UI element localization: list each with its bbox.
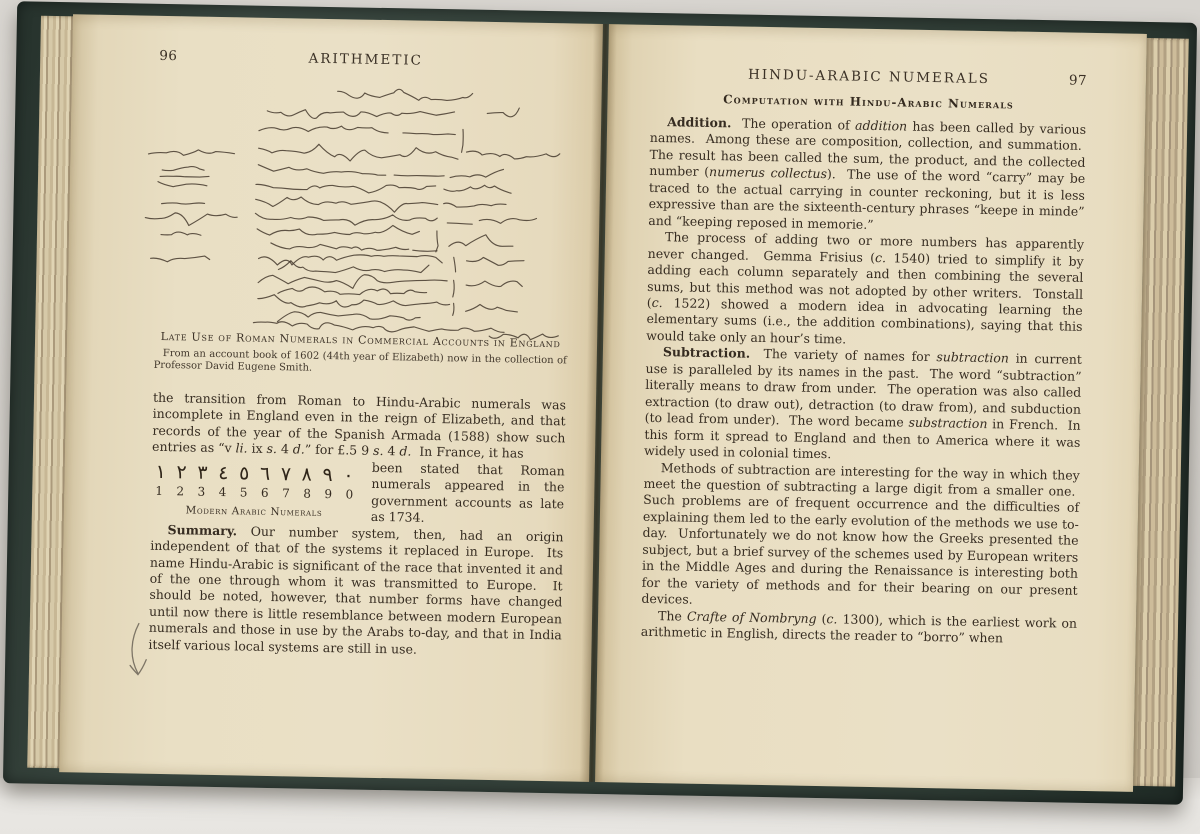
figure-wrap-block: ١٢٣٤٥٦٧٨٩٠ 1234567890 Modern Arabic Nume… xyxy=(148,456,565,661)
summary-paragraph: Summary. Our number system, then, had an… xyxy=(148,521,563,660)
left-page-header: 96 ARITHMETIC xyxy=(159,48,572,72)
right-page-number: 97 xyxy=(1029,72,1087,89)
paragraph: The Crafte of Nombryng (c. 1300), which … xyxy=(641,607,1078,648)
modern-arabic-numerals-figure: ١٢٣٤٥٦٧٨٩٠ 1234567890 Modern Arabic Nume… xyxy=(151,459,358,520)
summary-lead: Summary. xyxy=(167,522,237,538)
paragraph: Subtraction. The variety of names for su… xyxy=(644,344,1082,467)
paragraph: The process of adding two or more number… xyxy=(646,229,1084,352)
left-page-text: the transition from Roman to Hindu-Arabi… xyxy=(148,390,566,661)
open-book: 96 ARITHMETIC Late Use of Roman Numerals… xyxy=(3,1,1197,804)
right-page-text: Computation with Hindu-Arabic Numerals A… xyxy=(641,91,1087,648)
paragraph: Addition. The operation of addition has … xyxy=(648,114,1086,237)
right-page: HINDU-ARABIC NUMERALS 97 Computation wit… xyxy=(595,24,1147,792)
left-page-number: 96 xyxy=(159,48,217,65)
digit-labels: 1234567890 xyxy=(151,484,357,502)
figure-credit: From an account book of 1602 (44th year … xyxy=(153,347,566,380)
right-page-header: HINDU-ARABIC NUMERALS 97 xyxy=(651,65,1087,89)
figure-caption: Late Use of Roman Numerals in Commercial… xyxy=(153,330,567,380)
paragraph: Methods of subtraction are interesting f… xyxy=(641,459,1080,615)
left-running-head: ARITHMETIC xyxy=(217,49,514,70)
book-photo: 96 ARITHMETIC Late Use of Roman Numerals… xyxy=(0,0,1200,834)
paragraph-list: Addition. The operation of addition has … xyxy=(641,114,1087,648)
pencil-checkmark xyxy=(118,619,165,690)
manuscript-facsimile xyxy=(141,76,586,346)
left-page: 96 ARITHMETIC Late Use of Roman Numerals… xyxy=(59,14,603,782)
paragraph: the transition from Roman to Hindu-Arabi… xyxy=(152,390,566,463)
section-heading: Computation with Hindu-Arabic Numerals xyxy=(650,91,1086,113)
right-running-head: HINDU-ARABIC NUMERALS xyxy=(709,66,1029,88)
arabic-numeral-glyphs: ١٢٣٤٥٦٧٨٩٠ xyxy=(151,459,357,487)
